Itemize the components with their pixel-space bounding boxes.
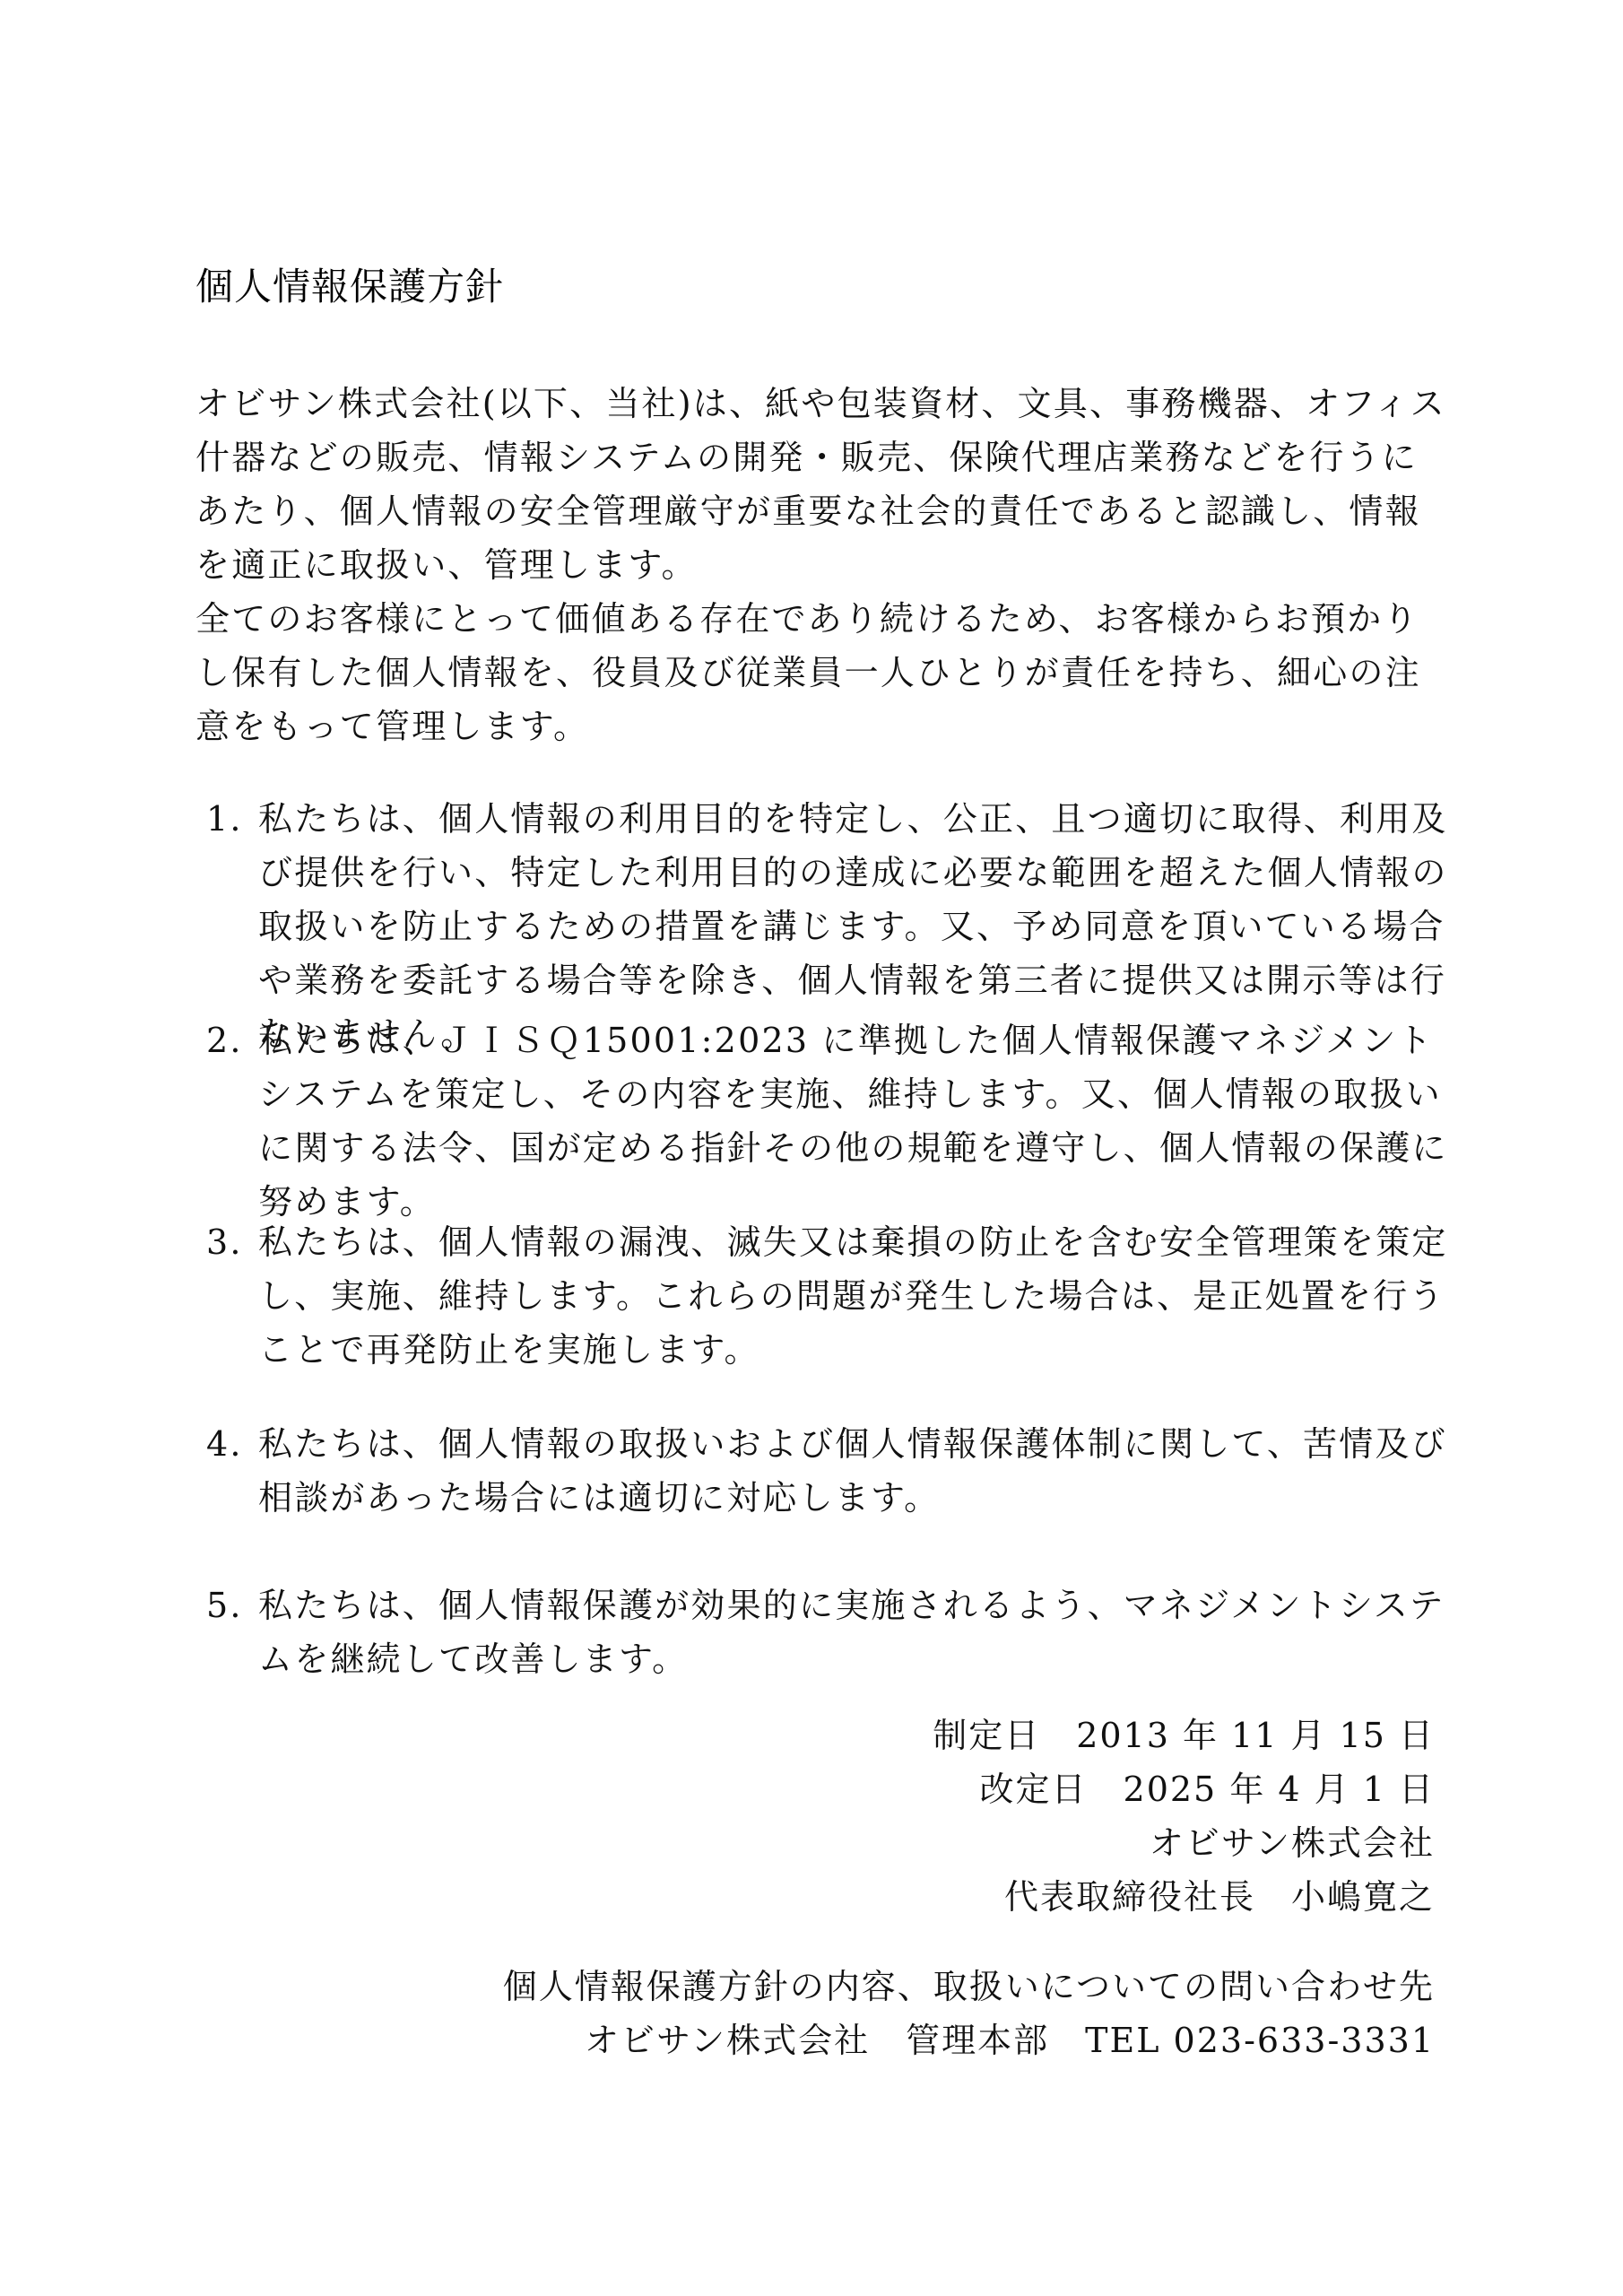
representative: 代表取締役社長 小嶋寛之: [933, 1870, 1435, 1924]
policy-item-5: 5. 私たちは、個人情報保護が効果的に実施されるよう、マネジメントシステムを継続…: [195, 1578, 1451, 1686]
item-text: 私たちは、ＪＩＳＱ15001:2023 に準拠した個人情報保護マネジメントシステ…: [258, 1013, 1451, 1229]
intro-section: オビサン株式会社(以下、当社)は、紙や包装資材、文具、事務機器、オフィス什器など…: [195, 377, 1451, 753]
item-number: 2.: [195, 1013, 258, 1229]
page-title: 個人情報保護方針: [195, 257, 504, 311]
revised-date: 改定日 2025 年 4 月 1 日: [933, 1762, 1435, 1816]
policy-item-3: 3. 私たちは、個人情報の漏洩、滅失又は棄損の防止を含む安全管理策を策定し、実施…: [195, 1215, 1451, 1377]
item-number: 5.: [195, 1578, 258, 1686]
policy-item-2: 2. 私たちは、ＪＩＳＱ15001:2023 に準拠した個人情報保護マネジメント…: [195, 1013, 1451, 1229]
contact-details: オビサン株式会社 管理本部 TEL 023-633-3331: [503, 2013, 1435, 2067]
item-text: 私たちは、個人情報の漏洩、滅失又は棄損の防止を含む安全管理策を策定し、実施、維持…: [258, 1215, 1451, 1377]
policy-item-4: 4. 私たちは、個人情報の取扱いおよび個人情報保護体制に関して、苦情及び相談があ…: [195, 1417, 1451, 1525]
company-name: オビサン株式会社: [933, 1816, 1435, 1870]
item-number: 3.: [195, 1215, 258, 1377]
item-text: 私たちは、個人情報の取扱いおよび個人情報保護体制に関して、苦情及び相談があった場…: [258, 1417, 1451, 1525]
established-date: 制定日 2013 年 11 月 15 日: [933, 1709, 1435, 1762]
intro-paragraph: オビサン株式会社(以下、当社)は、紙や包装資材、文具、事務機器、オフィス什器など…: [195, 377, 1451, 592]
item-number: 4.: [195, 1417, 258, 1525]
signature-block: 制定日 2013 年 11 月 15 日 改定日 2025 年 4 月 1 日 …: [933, 1709, 1435, 1924]
policy-page: 個人情報保護方針 オビサン株式会社(以下、当社)は、紙や包装資材、文具、事務機器…: [0, 0, 1623, 2296]
contact-heading: 個人情報保護方針の内容、取扱いについての問い合わせ先: [503, 1960, 1435, 2013]
intro-paragraph: 全てのお客様にとって価値ある存在であり続けるため、お客様からお預かりし保有した個…: [195, 592, 1451, 753]
contact-block: 個人情報保護方針の内容、取扱いについての問い合わせ先 オビサン株式会社 管理本部…: [503, 1960, 1435, 2067]
item-text: 私たちは、個人情報保護が効果的に実施されるよう、マネジメントシステムを継続して改…: [258, 1578, 1451, 1686]
